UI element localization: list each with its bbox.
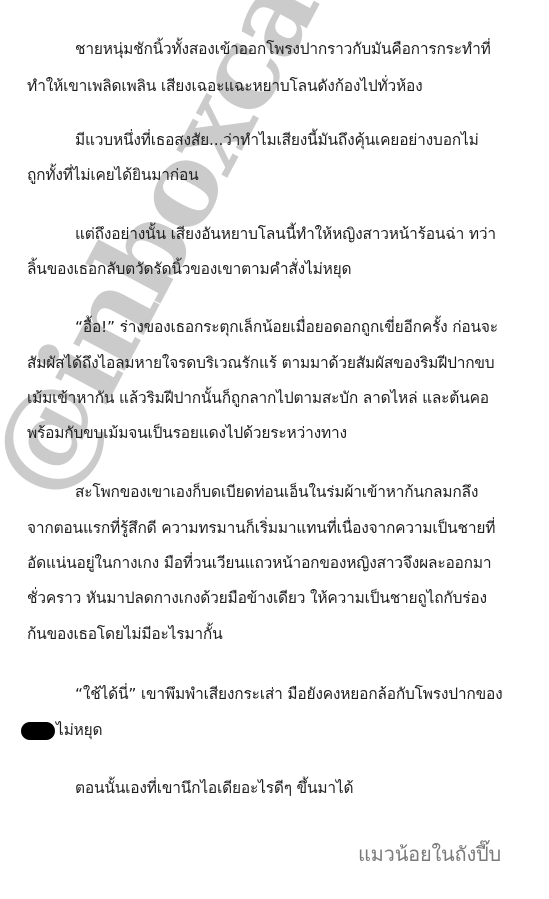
text-line: ตอนนั้นเองที่เขานึกไอเดียอะไรดีๆ ขึ้นมาไ… <box>75 778 353 798</box>
document-body: ชายหนุ่มชักนิ้วทั้งสองเข้าออกโพรงปากราวก… <box>0 0 549 899</box>
text-line: สัมผัสได้ถึงไอลมหายใจรดบริเวณรักแร้ ตามม… <box>27 353 494 373</box>
text-fragment: ไม่หยุด <box>56 721 102 739</box>
text-line: “อื้อ!” ร่างของเธอกระตุกเล็กน้อยเมื่อยอด… <box>75 317 498 337</box>
document-page: @inboxcat ชายหนุ่มชักนิ้วทั้งสองเข้าออกโ… <box>0 0 549 899</box>
text-line: ทำให้เขาเพลิดเพลิน เสียงเฉอะแฉะหยาบโลนดั… <box>27 76 423 96</box>
redaction-mark <box>21 722 55 740</box>
text-line: ถูกทั้งที่ไม่เคยได้ยินมาก่อน <box>27 165 198 185</box>
text-line: เม้มเข้าหากัน แล้วริมฝีปากนั้นก็ถูกลากไป… <box>27 388 489 408</box>
text-line: “ใช้ได้นี่” เขาพึมพำเสียงกระเส่า มือยังค… <box>75 684 503 704</box>
text-line: ชายหนุ่มชักนิ้วทั้งสองเข้าออกโพรงปากราวก… <box>75 39 491 59</box>
text-line: ลิ้นของเธอกลับตวัดรัดนิ้วของเขาตามคำสั่ง… <box>27 259 351 279</box>
text-line: ชั่วคราว หันมาปลดกางเกงด้วยมือข้างเดียว … <box>27 588 487 608</box>
text-line: มีแวบหนึ่งที่เธอสงสัย...ว่าทำไมเสียงนี้ม… <box>75 130 479 150</box>
text-line: สะโพกของเขาเองก็บดเบียดท่อนเอ็นในร่มผ้าเ… <box>75 482 478 502</box>
text-line: อัดแน่นอยู่ในกางเกง มือที่วนเวียนแถวหน้า… <box>27 553 491 573</box>
text-line: ก้นของเธอโดยไม่มีอะไรมากั้น <box>27 624 222 644</box>
text-line: พร้อมกับขบเม้มจนเป็นรอยแดงไปด้วยระหว่างท… <box>27 423 347 443</box>
text-line: จากตอนแรกที่รู้สึกดี ความทรมานก็เริ่มมาแ… <box>27 518 495 538</box>
author-signature: แมวน้อยในถังปี๊บ <box>358 838 501 870</box>
text-line-redacted: ไม่หยุด <box>27 720 102 740</box>
text-line: แต่ถึงอย่างนั้น เสียงอันหยาบโลนนี้ทำให้ห… <box>75 224 496 244</box>
